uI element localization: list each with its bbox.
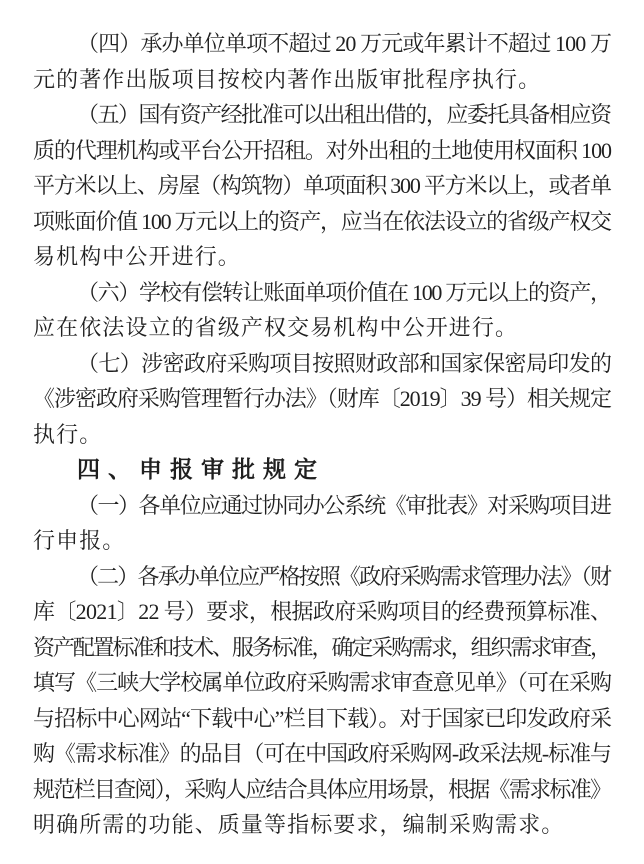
text-line: 易机构中公开进行。 [33, 239, 612, 275]
text-line: 行申报。 [33, 523, 612, 559]
text-line: 平方米以上、房屋（构筑物）单项面积 300 平方米以上，或者单 [33, 168, 612, 204]
text-line-content: 与招标中心网站“下载中心”栏目下载）。对于国家已印发政府采 [33, 701, 611, 737]
text-line-content: 《涉密政府采购管理暂行办法》（财库〔2019〕39 号）相关规定 [33, 381, 611, 417]
text-line: （一）各单位应通过协同办公系统《审批表》对采购项目进 [33, 488, 612, 524]
text-line-content: （六）学校有偿转让账面单项价值在 100 万元以上的资产， [77, 275, 611, 311]
text-line-content: 四、申报审批规定 [77, 452, 325, 488]
text-line-content: 执行。 [33, 417, 102, 453]
body-paragraph: （五）国有资产经批准可以出租出借的，应委托具备相应资质的代理机构或平台公开招租。… [33, 97, 612, 275]
text-line-content: 平方米以上、房屋（构筑物）单项面积 300 平方米以上，或者单 [33, 168, 611, 204]
text-line: （二）各承办单位应严格按照《政府采购需求管理办法》（财 [33, 559, 612, 595]
text-line-content: 项账面价值 100 万元以上的资产，应当在依法设立的省级产权交 [33, 204, 611, 240]
text-line-content: 明确所需的功能、质量等指标要求，编制采购需求。 [33, 807, 564, 843]
body-paragraph: （六）学校有偿转让账面单项价值在 100 万元以上的资产，应在依法设立的省级产权… [33, 275, 612, 346]
text-line: （六）学校有偿转让账面单项价值在 100 万元以上的资产， [33, 275, 612, 311]
text-line-content: 填写《三峡大学校属单位政府采购需求审查意见单》（可在采购 [33, 665, 611, 701]
text-line-content: 易机构中公开进行。 [33, 239, 241, 275]
text-line: 《涉密政府采购管理暂行办法》（财库〔2019〕39 号）相关规定 [33, 381, 612, 417]
text-line-content: （四）承办单位单项不超过 20 万元或年累计不超过 100 万 [77, 26, 611, 62]
section-heading: 四、申报审批规定 [33, 452, 612, 488]
body-paragraph: （四）承办单位单项不超过 20 万元或年累计不超过 100 万元的著作出版项目按… [33, 26, 612, 97]
text-line-content: （七）涉密政府采购项目按照财政部和国家保密局印发的 [77, 346, 611, 382]
text-line-content: 元的著作出版项目按校内著作出版审批程序执行。 [33, 62, 541, 98]
text-line: 应在依法设立的省级产权交易机构中公开进行。 [33, 310, 612, 346]
text-line-content: （一）各单位应通过协同办公系统《审批表》对采购项目进 [77, 488, 611, 524]
text-line: 四、申报审批规定 [33, 452, 612, 488]
text-line: 质的代理机构或平台公开招租。对外出租的土地使用权面积 100 [33, 133, 612, 169]
text-line-content: 购《需求标准》的品目（可在中国政府采购网-政采法规-标准与 [33, 736, 611, 772]
text-line-content: 规范栏目查阅），采购人应结合具体应用场景，根据《需求标准》 [33, 772, 610, 808]
document-content: （四）承办单位单项不超过 20 万元或年累计不超过 100 万元的著作出版项目按… [33, 26, 612, 843]
text-line: 与招标中心网站“下载中心”栏目下载）。对于国家已印发政府采 [33, 701, 612, 737]
text-line: 购《需求标准》的品目（可在中国政府采购网-政采法规-标准与 [33, 736, 612, 772]
text-line: 明确所需的功能、质量等指标要求，编制采购需求。 [33, 807, 612, 843]
text-line: （五）国有资产经批准可以出租出借的，应委托具备相应资 [33, 97, 612, 133]
text-line: 填写《三峡大学校属单位政府采购需求审查意见单》（可在采购 [33, 665, 612, 701]
text-line: 规范栏目查阅），采购人应结合具体应用场景，根据《需求标准》 [33, 772, 612, 808]
body-paragraph: （七）涉密政府采购项目按照财政部和国家保密局印发的《涉密政府采购管理暂行办法》（… [33, 346, 612, 453]
text-line-content: 质的代理机构或平台公开招租。对外出租的土地使用权面积 100 [33, 133, 611, 169]
text-line: （七）涉密政府采购项目按照财政部和国家保密局印发的 [33, 346, 612, 382]
text-line-content: 应在依法设立的省级产权交易机构中公开进行。 [33, 310, 518, 346]
body-paragraph: （一）各单位应通过协同办公系统《审批表》对采购项目进行申报。 [33, 488, 612, 559]
text-line: 元的著作出版项目按校内著作出版审批程序执行。 [33, 62, 612, 98]
text-line: （四）承办单位单项不超过 20 万元或年累计不超过 100 万 [33, 26, 612, 62]
text-line: 项账面价值 100 万元以上的资产，应当在依法设立的省级产权交 [33, 204, 612, 240]
text-line-content: 资产配置标准和技术、服务标准，确定采购需求，组织需求审查， [33, 630, 610, 666]
text-line-content: 行申报。 [33, 523, 125, 559]
document-page: （四）承办单位单项不超过 20 万元或年累计不超过 100 万元的著作出版项目按… [0, 0, 644, 864]
text-line-content: （五）国有资产经批准可以出租出借的，应委托具备相应资 [77, 97, 611, 133]
text-line-content: （二）各承办单位应严格按照《政府采购需求管理办法》（财 [77, 559, 610, 595]
body-paragraph: （二）各承办单位应严格按照《政府采购需求管理办法》（财库〔2021〕22 号）要… [33, 559, 612, 843]
text-line: 资产配置标准和技术、服务标准，确定采购需求，组织需求审查， [33, 630, 612, 666]
text-line-content: 库〔2021〕22 号）要求，根据政府采购项目的经费预算标准、 [33, 594, 611, 630]
text-line: 执行。 [33, 417, 612, 453]
text-line: 库〔2021〕22 号）要求，根据政府采购项目的经费预算标准、 [33, 594, 612, 630]
